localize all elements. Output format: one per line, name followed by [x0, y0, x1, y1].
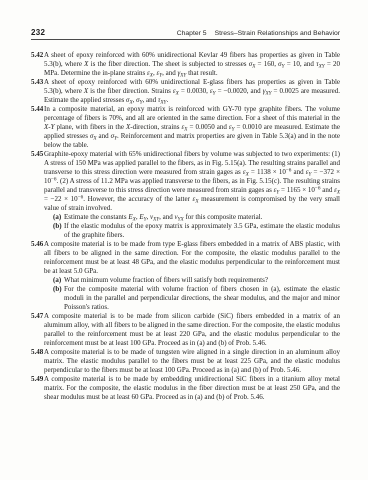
chapter-title: Stress–Strain Relationships and Behavior — [215, 30, 340, 37]
page-header: 232 Chapter 5Stress–Strain Relationships… — [31, 28, 340, 40]
problem-item: 5.47 A composite material is to be made … — [31, 312, 340, 348]
problem-number: 5.47 — [31, 312, 43, 321]
problem-number: 5.46 — [31, 240, 43, 249]
part-text: If the elastic modulus of the epoxy matr… — [64, 222, 340, 240]
problem-number: 5.43 — [31, 78, 43, 87]
problem-text: A composite material is to be made of tu… — [44, 348, 340, 375]
part-text: What minimum volume fraction of fibers w… — [64, 276, 340, 285]
part-label: (a) — [53, 276, 64, 285]
chapter-label: Chapter 5 — [177, 30, 207, 37]
problem-item: 5.46 A composite material is to be made … — [31, 240, 340, 312]
part-label: (b) — [53, 285, 64, 312]
part-text: Estimate the constants EX, EY, νXY, and … — [64, 213, 340, 222]
problem-part: (a) Estimate the constants EX, EY, νXY, … — [44, 213, 340, 222]
problem-item: 5.43 A sheet of epoxy reinforced with 60… — [31, 78, 340, 105]
problem-text: In a composite material, an epoxy matrix… — [44, 105, 340, 150]
problem-number: 5.48 — [31, 348, 43, 357]
problem-number: 5.44 — [31, 105, 43, 114]
part-label: (b) — [53, 222, 64, 240]
problem-text: Graphite-epoxy material with 65% unidire… — [44, 150, 340, 213]
problem-text: A sheet of epoxy reinforced with 60% uni… — [44, 51, 340, 78]
problems-list: 5.42 A sheet of epoxy reinforced with 60… — [31, 51, 340, 402]
problem-item: 5.45 Graphite-epoxy material with 65% un… — [31, 150, 340, 240]
problem-part: (a) What minimum volume fraction of fibe… — [44, 276, 340, 285]
problem-item: 5.49 A composite material is to be made … — [31, 375, 340, 402]
problem-part: (b) For the composite material with volu… — [44, 285, 340, 312]
problem-text: A composite material is to be made from … — [44, 240, 340, 276]
problem-part: (b) If the elastic modulus of the epoxy … — [44, 222, 340, 240]
problem-text: A composite material is to be made by em… — [44, 375, 340, 402]
problem-item: 5.48 A composite material is to be made … — [31, 348, 340, 375]
problem-parts: (a) What minimum volume fraction of fibe… — [44, 276, 340, 312]
textbook-page: 232 Chapter 5Stress–Strain Relationships… — [0, 0, 368, 480]
problem-parts: (a) Estimate the constants EX, EY, νXY, … — [44, 213, 340, 240]
problem-text: A sheet of epoxy reinforced with 60% uni… — [44, 78, 340, 105]
running-head: Chapter 5Stress–Strain Relationships and… — [177, 30, 340, 37]
problem-number: 5.45 — [31, 150, 43, 159]
problem-text: A composite material is to be made from … — [44, 312, 340, 348]
part-label: (a) — [53, 213, 64, 222]
problem-number: 5.49 — [31, 375, 43, 384]
problem-item: 5.44 In a composite material, an epoxy m… — [31, 105, 340, 150]
problem-number: 5.42 — [31, 51, 43, 60]
part-text: For the composite material with volume f… — [64, 285, 340, 312]
page-number: 232 — [31, 28, 45, 37]
problem-item: 5.42 A sheet of epoxy reinforced with 60… — [31, 51, 340, 78]
